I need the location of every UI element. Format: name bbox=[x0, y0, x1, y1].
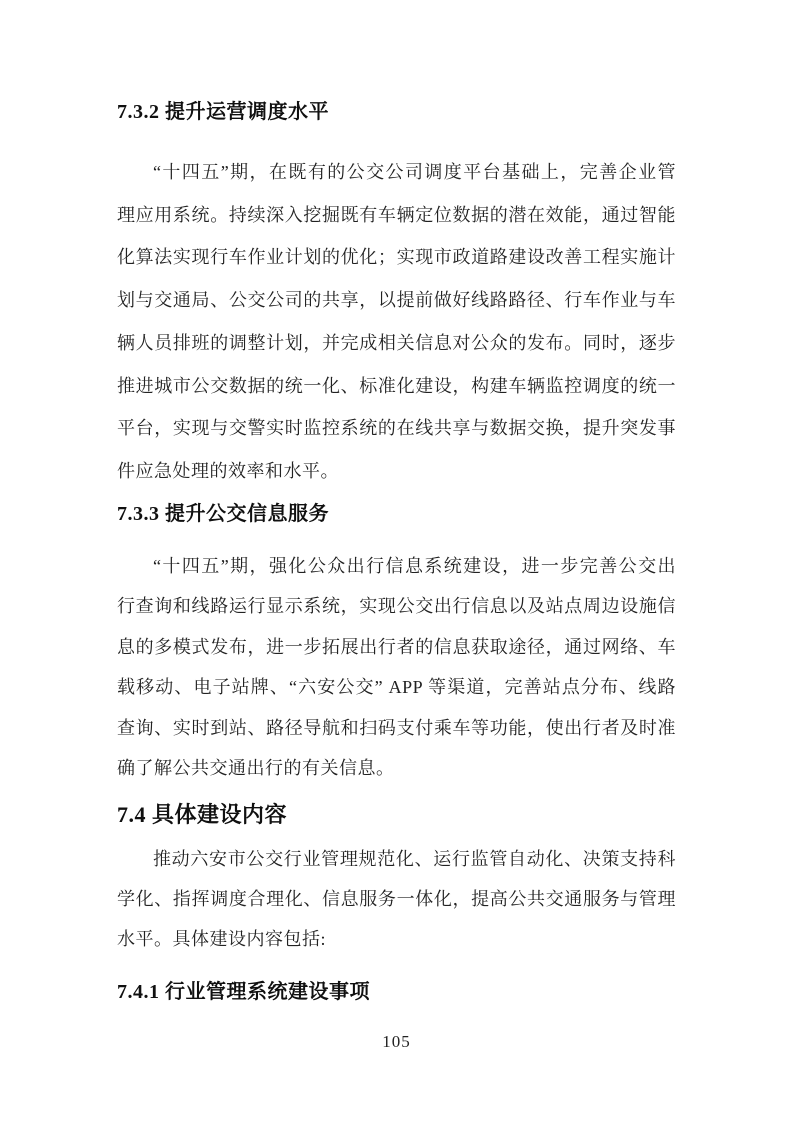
paragraph-line: 件应急处理的效率和水平。 bbox=[117, 450, 676, 493]
paragraph-line: 息的多模式发布，进一步拓展出行者的信息获取途径，通过网络、车 bbox=[117, 627, 676, 667]
document-page: 7.3.2 提升运营调度水平 “十四五”期，在既有的公交公司调度平台基础上，完善… bbox=[0, 0, 793, 1122]
paragraph-line: 载移动、电子站牌、“六安公交” APP 等渠道，完善站点分布、线路 bbox=[117, 667, 676, 707]
paragraph-line: 推动六安市公交行业管理规范化、运行监管自动化、决策支持科 bbox=[117, 839, 676, 879]
paragraph-operations-dispatch: “十四五”期，在既有的公交公司调度平台基础上，完善企业管 理应用系统。持续深入挖… bbox=[117, 151, 676, 493]
paragraph-line: 辆人员排班的调整计划，并完成相关信息对公众的发布。同时，逐步 bbox=[117, 322, 676, 365]
heading-7-4: 7.4 具体建设内容 bbox=[117, 799, 676, 831]
paragraph-line: 理应用系统。持续深入挖掘既有车辆定位数据的潜在效能，通过智能 bbox=[117, 194, 676, 237]
paragraph-transit-information: “十四五”期，强化公众出行信息系统建设，进一步完善公交出 行查询和线路运行显示系… bbox=[117, 546, 676, 788]
paragraph-construction-overview: 推动六安市公交行业管理规范化、运行监管自动化、决策支持科 学化、指挥调度合理化、… bbox=[117, 839, 676, 959]
heading-7-3-2: 7.3.2 提升运营调度水平 bbox=[117, 97, 676, 127]
page-number: 105 bbox=[0, 1032, 793, 1052]
paragraph-line: 学化、指挥调度合理化、信息服务一体化，提高公共交通服务与管理 bbox=[117, 879, 676, 919]
paragraph-line: 水平。具体建设内容包括: bbox=[117, 919, 676, 959]
paragraph-line: 行查询和线路运行显示系统，实现公交出行信息以及站点周边设施信 bbox=[117, 586, 676, 626]
paragraph-line: 查询、实时到站、路径导航和扫码支付乘车等功能，使出行者及时准 bbox=[117, 708, 676, 748]
paragraph-line: 化算法实现行车作业计划的优化；实现市政道路建设改善工程实施计 bbox=[117, 236, 676, 279]
heading-7-4-1: 7.4.1 行业管理系统建设事项 bbox=[117, 977, 676, 1007]
heading-7-3-3: 7.3.3 提升公交信息服务 bbox=[117, 499, 676, 529]
paragraph-line: 推进城市公交数据的统一化、标准化建设，构建车辆监控调度的统一 bbox=[117, 365, 676, 408]
paragraph-line: 确了解公共交通出行的有关信息。 bbox=[117, 748, 676, 788]
paragraph-line: “十四五”期，在既有的公交公司调度平台基础上，完善企业管 bbox=[117, 151, 676, 194]
paragraph-line: 划与交通局、公交公司的共享，以提前做好线路路径、行车作业与车 bbox=[117, 279, 676, 322]
paragraph-line: “十四五”期，强化公众出行信息系统建设，进一步完善公交出 bbox=[117, 546, 676, 586]
paragraph-line: 平台，实现与交警实时监控系统的在线共享与数据交换，提升突发事 bbox=[117, 407, 676, 450]
